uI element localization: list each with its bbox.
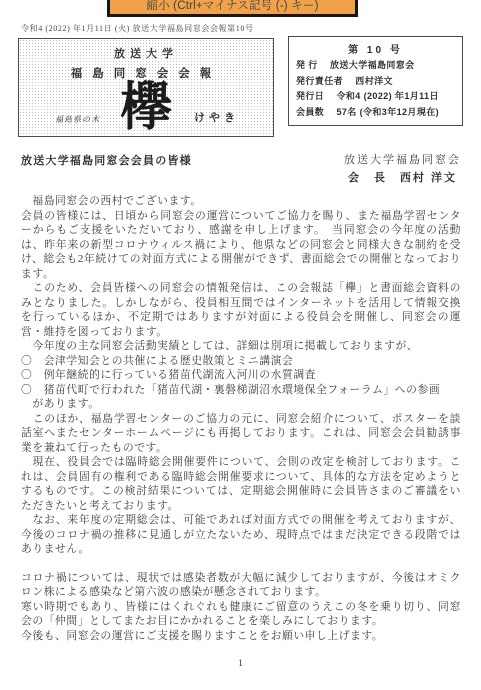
- newsletter-page: 縮小 (Ctrl+マイナス記号 (-) キー) 令和4 (2022) 年1月11…: [0, 0, 481, 690]
- salutation-to-members: 放送大学福島同窓会会員の皆様: [21, 152, 192, 168]
- dateline: 令和4 (2022) 年1月11日 (火) 放送大学福島同窓会会報第10号: [21, 23, 254, 34]
- body-paragraph: 今年度の主な同窓会活動実績としては、詳細は別項に掲載しておりますが、: [21, 339, 461, 354]
- zoom-out-tooltip: 縮小 (Ctrl+マイナス記号 (-) キー): [107, 0, 358, 17]
- tree-label: 福島県の木: [55, 114, 100, 125]
- body-paragraph: 現在、役員会では臨時総会開催要件について、会則の改定を検討しております。これは、…: [21, 455, 461, 513]
- body-paragraph: コロナ禍については、現状では感染者数が大幅に減少しておりますが、今後はオミクロン…: [21, 571, 461, 600]
- issue-publisher: 発 行 放送大学福島同窓会: [296, 58, 455, 74]
- salutation-row: 放送大学福島同窓会会員の皆様 放送大学福島同窓会 会 長 西村 洋文: [21, 151, 461, 187]
- salutation-signature: 放送大学福島同窓会 会 長 西村 洋文: [344, 151, 461, 185]
- body-paragraph: 寒い時期でもあり、皆様にはくれぐれも健康にご留意のうえこの冬を乗り切り、同窓会の…: [21, 600, 461, 629]
- masthead-box: 放送大学 福島同窓会会報 福島県の木 欅 けやき: [18, 38, 274, 137]
- issue-number: 第 10 号: [296, 41, 455, 56]
- body-paragraph: 今後も、同窓会の運営にご支援を賜りますことをお願い申し上げます。: [21, 629, 461, 644]
- bullet-item: 〇 会津学知会との共催による歴史散策とミニ講演会: [21, 354, 461, 369]
- body-paragraph: があります。: [21, 397, 461, 412]
- issue-membership: 会員数 57名 (令和3年12月現在): [296, 105, 455, 121]
- body-paragraph: このため、会員皆様への同窓会の情報発信は、この会報誌「欅」と書面総会資料のみとな…: [21, 281, 461, 339]
- issue-info-box: 第 10 号 発 行 放送大学福島同窓会 発行責任者 西村洋文 発行日 令和4 …: [288, 36, 463, 126]
- body-paragraph: なお、来年度の定期総会は、可能であれば対面方式での開催を考えておりますが、今後の…: [21, 513, 461, 557]
- keyaki-kana: けやき: [194, 109, 239, 125]
- bullet-item: 〇 猪苗代町で行われた「猪苗代湖・裏磐梯湖沼水環境保全フォーラム」への参画: [21, 383, 461, 398]
- signature-chairman: 会 長 西村 洋文: [344, 169, 461, 185]
- page-number: 1: [0, 659, 481, 669]
- masthead-title: 福島同窓会会報: [19, 65, 273, 81]
- tree-emblem-row: 福島県の木 欅 けやき: [19, 81, 273, 136]
- body-paragraph: 会員の皆様には、日頃から同窓会の運営についてご協力を賜り、また福島学習センターか…: [21, 209, 461, 282]
- signature-org: 放送大学福島同窓会: [344, 151, 461, 167]
- bullet-item: 〇 例年継続的に行っている猪苗代湖流入河川の水質調査: [21, 368, 461, 383]
- zoom-out-tooltip-label: 縮小 (Ctrl+マイナス記号 (-) キー): [146, 0, 318, 14]
- masthead-university: 放送大学: [19, 45, 273, 61]
- body-paragraph: このほか、福島学習センターのご協力の元に、同窓会紹介について、ポスターを談話室へ…: [21, 412, 461, 456]
- body-paragraph: 福島同窓会の西村でございます。: [21, 194, 461, 209]
- issue-responsible: 発行責任者 西村洋文: [296, 74, 455, 90]
- body-text: 福島同窓会の西村でございます。 会員の皆様には、日頃から同窓会の運営についてご協…: [21, 194, 461, 643]
- issue-date: 発行日 令和4 (2022) 年1月11日: [296, 89, 455, 105]
- keyaki-kanji: 欅: [120, 83, 172, 135]
